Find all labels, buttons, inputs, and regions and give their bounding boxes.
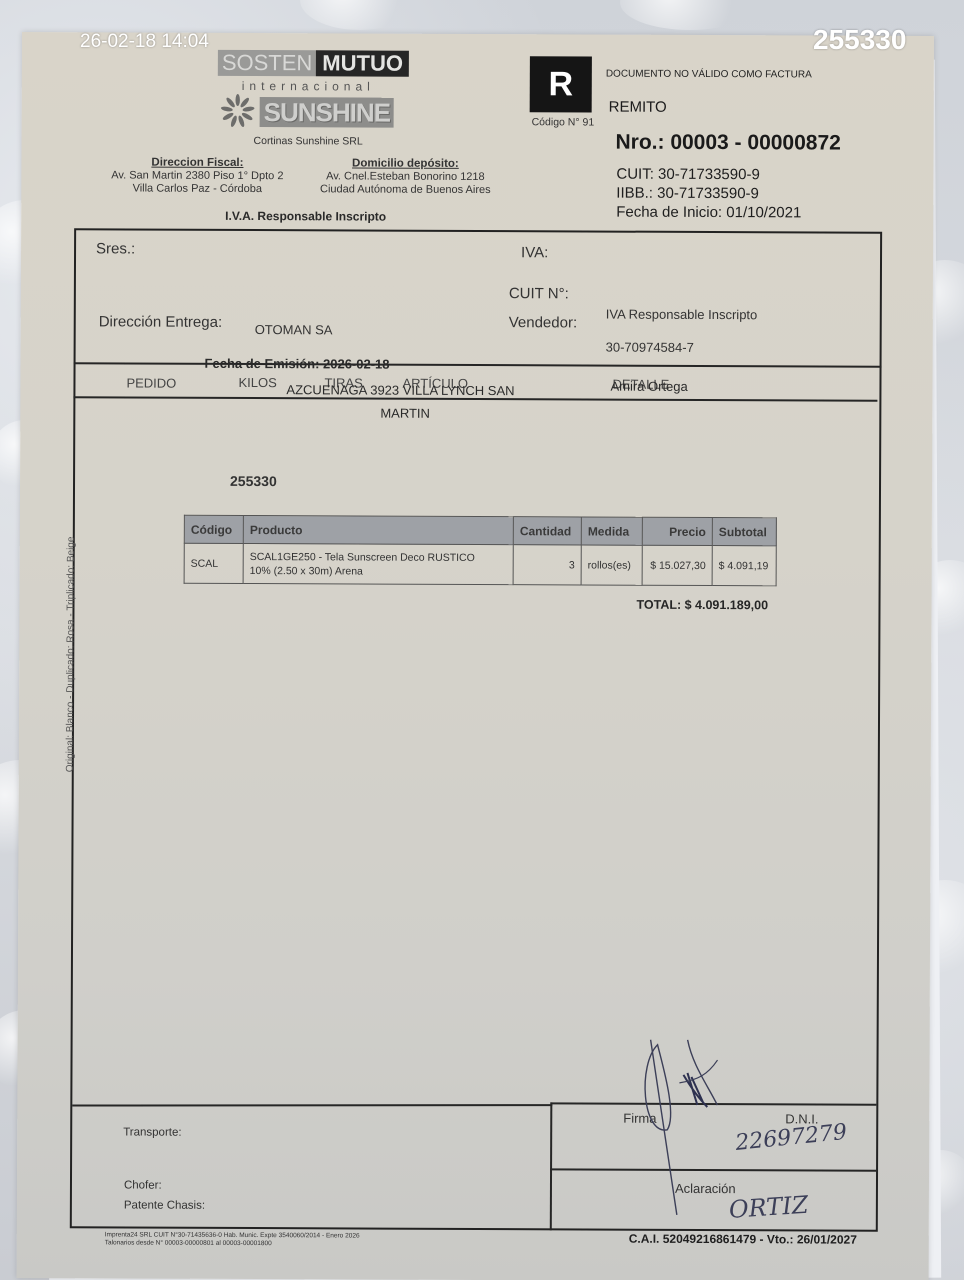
- fiscal-address-line2: Villa Carlos Paz - Córdoba: [97, 182, 297, 196]
- cai-number: C.A.I. 52049216861479 - Vto.: 26/01/2027: [629, 1232, 857, 1247]
- printer-info: Imprenta24 SRL CUIT N°30-71435636-0 Hab.…: [105, 1231, 360, 1248]
- deposit-address: Domicilio depósito: Av. Cnel.Esteban Bon…: [305, 157, 505, 197]
- company-iva-condition: I.V.A. Responsable Inscripto: [225, 209, 386, 224]
- document-number: Nro.: 00003 - 00000872: [615, 131, 840, 156]
- printer-info-line2: Talonarios desde N° 00003-00000801 al 00…: [105, 1239, 360, 1248]
- document-letter-box: R: [530, 56, 592, 112]
- cell-subtotal: $ 4.091,19: [712, 546, 776, 586]
- client-name: OTOMAN SA: [255, 322, 333, 337]
- fiscal-address: Direccion Fiscal: Av. San Martin 2380 Pi…: [97, 156, 297, 196]
- divider-bottom-left: [72, 1104, 552, 1106]
- deposit-address-line1: Av. Cnel.Esteban Bonorino 1218: [305, 170, 505, 184]
- signature-mark: [617, 1025, 738, 1226]
- handwritten-aclaracion: ORTIZ: [728, 1191, 809, 1224]
- client-cuit-value: 30-70974584-7: [606, 340, 694, 355]
- company-iibb: IIBB.: 30-71733590-9: [616, 184, 801, 204]
- header-subtotal: Subtotal: [712, 518, 776, 546]
- document-disclaimer: DOCUMENTO NO VÁLIDO COMO FACTURA: [606, 69, 812, 81]
- client-iva-value: IVA Responsable Inscripto: [606, 307, 758, 323]
- cell-producto: SCAL1GE250 - Tela Sunscreen Deco RUSTICO…: [243, 543, 513, 584]
- sun-icon: [220, 93, 256, 129]
- fiscal-address-line1: Av. San Martin 2380 Piso 1° Dpto 2: [97, 169, 297, 183]
- chofer-label: Chofer:: [124, 1179, 162, 1191]
- vendedor-label: Vendedor:: [509, 314, 577, 331]
- cell-precio: $ 15.027,30: [642, 545, 712, 585]
- order-total: TOTAL: $ 4.091.189,00: [636, 598, 768, 613]
- emission-date: Fecha de Emisión: 2026-02-18: [205, 356, 390, 372]
- photo-order-number: 255330: [813, 24, 906, 56]
- cell-producto-line2: 10% (2.50 x 30m) Arena: [250, 564, 507, 579]
- header-cantidad: Cantidad: [513, 517, 581, 545]
- company-cuit: CUIT: 30-71733590-9: [616, 165, 801, 185]
- company-start-date: Fecha de Inicio: 01/10/2021: [616, 203, 801, 223]
- vendedor-name: Amira Ortega: [610, 379, 687, 394]
- cuit-label: CUIT N°:: [509, 285, 569, 302]
- column-pedido: PEDIDO: [126, 375, 176, 390]
- company-name: Cortinas Sunshine SRL: [254, 135, 363, 147]
- deposit-address-line2: Ciudad Autónoma de Buenos Aires: [305, 183, 505, 197]
- header-codigo: Código: [184, 515, 243, 543]
- logo-subtitle: internacional: [242, 79, 375, 94]
- logo-sosten: SOSTEN: [218, 50, 317, 76]
- direccion-entrega-label: Dirección Entrega:: [99, 313, 222, 331]
- logo-sunshine: SUNSHINE: [260, 97, 394, 128]
- photo-timestamp: 26-02-18 14:04: [80, 31, 209, 53]
- remito-document: SOSTEN MUTUO internacional SUNSHINE Cort…: [17, 32, 934, 1280]
- delivery-address-line2: MARTIN: [380, 406, 430, 421]
- document-code: Código N° 91: [532, 116, 595, 128]
- table-row: SCAL SCAL1GE250 - Tela Sunscreen Deco RU…: [184, 543, 776, 586]
- fiscal-address-title: Direccion Fiscal:: [97, 156, 297, 170]
- column-kilos: KILOS: [238, 375, 276, 390]
- cell-medida: rollos(es): [581, 545, 642, 585]
- cell-codigo: SCAL: [184, 543, 243, 583]
- document-type: REMITO: [609, 99, 667, 116]
- cell-producto-line1: SCAL1GE250 - Tela Sunscreen Deco RUSTICO: [250, 550, 507, 565]
- cell-cantidad: 3: [513, 545, 581, 585]
- delivery-address-line1: AZCUENAGA 3923 VILLA LYNCH SAN: [286, 382, 514, 398]
- products-table: Código Producto Cantidad Medida Precio S…: [184, 515, 777, 587]
- main-form-box: [70, 228, 882, 1232]
- transporte-label: Transporte:: [123, 1126, 181, 1138]
- patente-chasis-label: Patente Chasis:: [124, 1199, 205, 1211]
- company-logo: SOSTEN MUTUO: [218, 50, 409, 77]
- order-number: 255330: [230, 473, 277, 489]
- header-medida: Medida: [581, 517, 642, 545]
- iva-label: IVA:: [521, 244, 548, 261]
- products-table-header: Código Producto Cantidad Medida Precio S…: [184, 515, 776, 546]
- logo-mutuo: MUTUO: [316, 50, 409, 76]
- company-tax-info: CUIT: 30-71733590-9 IIBB.: 30-71733590-9…: [616, 165, 801, 223]
- header-precio: Precio: [642, 517, 712, 545]
- sres-label: Sres.:: [96, 240, 135, 257]
- header-producto: Producto: [243, 515, 513, 544]
- deposit-address-title: Domicilio depósito:: [305, 157, 505, 171]
- copy-color-note: Original: Blanco - Duplicado: Rosa - Tri…: [65, 537, 77, 773]
